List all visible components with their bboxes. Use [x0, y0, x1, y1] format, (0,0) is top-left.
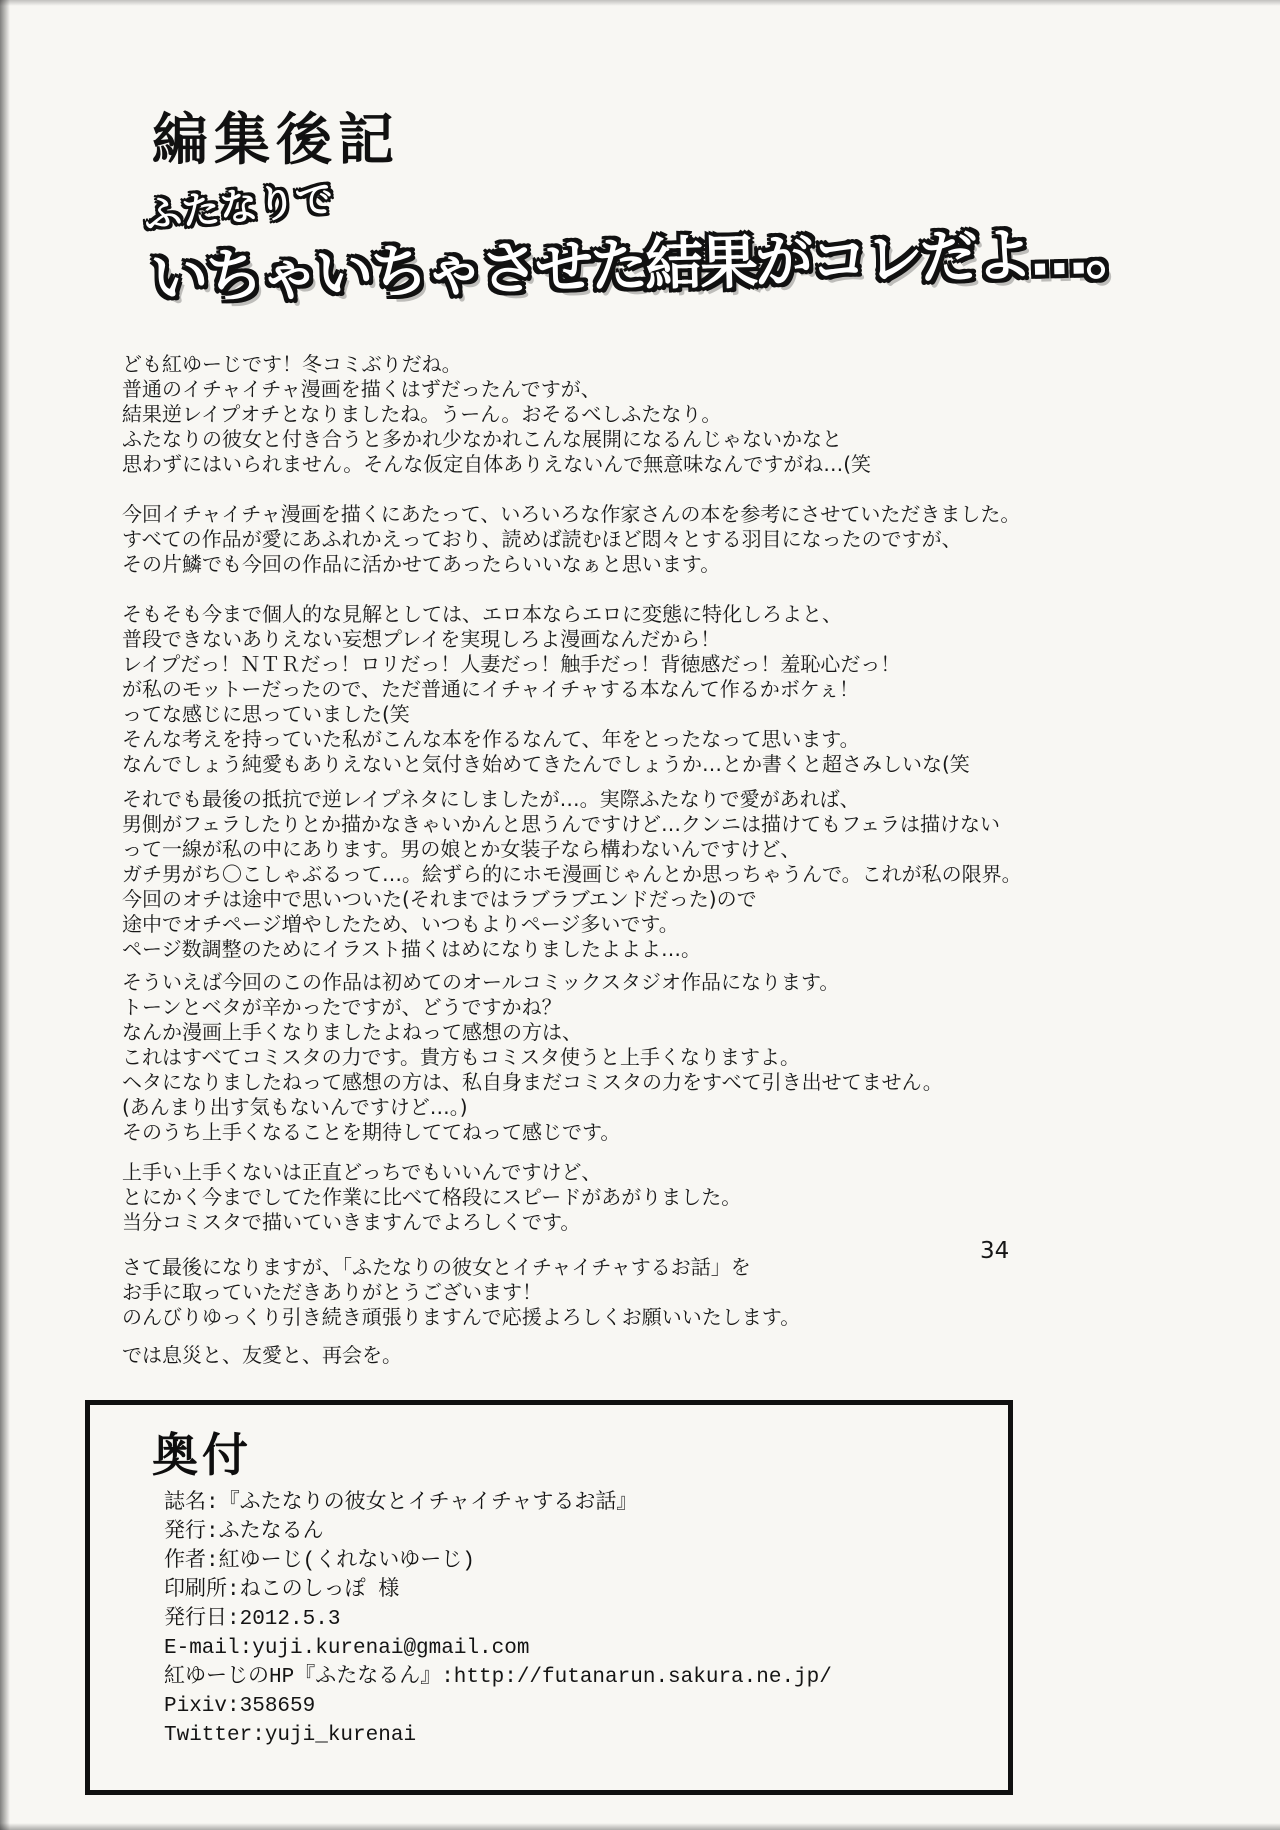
scan-edge-shadow-top [0, 0, 1280, 6]
page-title: 編集後記 [152, 96, 400, 176]
afterword-paragraph-3: そもそも今まで個人的な見解としては、エロ本ならエロに変態に特化しろよと、 普段で… [122, 602, 1220, 777]
afterword-paragraph-7: さて最後になりますが、「ふたなりの彼女とイチャイチャするお話」を お手に取ってい… [122, 1255, 1220, 1330]
afterword-paragraph-5: そういえば今回のこの作品は初めてのオールコミックスタジオ作品になります。 トーン… [122, 970, 1220, 1145]
afterword-closing-line: では息災と、友愛と、再会を。 [122, 1343, 1220, 1368]
afterword-paragraph-2: 今回イチャイチャ漫画を描くにあたって、いろいろな作家さんの本を参考にさせていただ… [122, 502, 1220, 577]
colophon-box: 奥付 誌名:『ふたなりの彼女とイチャイチャするお話』 発行:ふたなるん 作者:紅… [85, 1400, 1013, 1795]
afterword-paragraph-6: 上手い上手くないは正直どっちでもいいんですけど、 とにかく今までしてた作業に比べ… [122, 1160, 1220, 1235]
scanned-afterword-page: 編集後記 ふたなりで いちゃいちゃさせた結果がコレだよ…。 ども紅ゆーじです！冬… [0, 0, 1280, 1830]
page-number: 34 [980, 1238, 1009, 1264]
afterword-paragraph-1: ども紅ゆーじです！冬コミぶりだね。 普通のイチャイチャ漫画を描くはずだったんです… [122, 352, 1220, 477]
colophon-details: 誌名:『ふたなりの彼女とイチャイチャするお話』 発行:ふたなるん 作者:紅ゆーじ… [164, 1489, 988, 1750]
colophon-title: 奥付 [152, 1419, 252, 1485]
scan-edge-shadow-bottom [0, 1823, 1280, 1830]
afterword-paragraph-4: それでも最後の抵抗で逆レイプネタにしましたが…。実際ふたなりで愛があれば、 男側… [122, 787, 1220, 962]
scan-edge-shadow-left [0, 0, 10, 1830]
